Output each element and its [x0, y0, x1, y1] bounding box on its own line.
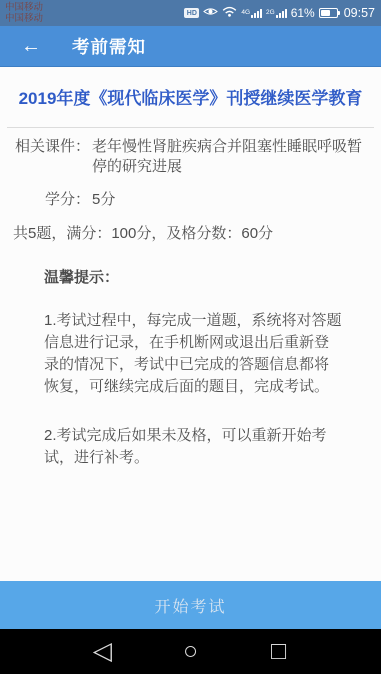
hd-volte-icon: HD [184, 8, 199, 18]
tip-2: 2.考试完成后如果未及格，可以重新开始考试，进行补考。 [44, 425, 343, 469]
back-arrow-icon[interactable]: ← [21, 36, 41, 56]
carrier-labels: 中国移动 中国移动 [5, 2, 43, 24]
tips-section: 温馨提示： 1.考试过程中，每完成一道题，系统将对答题信息进行记录，在手机断网或… [0, 266, 381, 469]
carrier-name-sim2: 中国移动 [5, 13, 43, 24]
course-title: 2019年度《现代临床医学》刊授继续医学教育 [0, 67, 381, 127]
divider [7, 127, 374, 128]
nav-home-icon[interactable]: ○ [178, 639, 204, 664]
page-title: 考前需知 [72, 34, 146, 59]
credits-label: 学分： [12, 190, 90, 210]
tips-title: 温馨提示： [44, 266, 343, 287]
status-bar: 中国移动 中国移动 HD 4G [0, 0, 381, 26]
signal-sim2-icon: 2G [266, 9, 287, 18]
info-row-credits: 学分： 5分 [12, 190, 368, 210]
info-row-courseware: 相关课件： 老年慢性肾脏疾病合并阻塞性睡眠呼吸暂停的研究进展 [12, 137, 368, 177]
nav-recents-icon[interactable]: □ [266, 639, 292, 664]
android-nav-bar: ◁ ○ □ [0, 629, 381, 674]
battery-icon [319, 8, 340, 18]
start-exam-button[interactable]: 开始考试 [0, 581, 381, 629]
phone-screen: 中国移动 中国移动 HD 4G [0, 0, 381, 674]
app-bar: ← 考前需知 [0, 26, 381, 67]
signal-sim1-icon: 4G [241, 9, 262, 18]
network-type-sim1: 4G [241, 9, 250, 16]
nav-back-icon[interactable]: ◁ [90, 639, 116, 664]
signal-bars-sim1 [251, 9, 262, 18]
status-clock: 09:57 [344, 6, 375, 20]
tip-1: 1.考试过程中，每完成一道题，系统将对答题信息进行记录，在手机断网或退出后重新登… [44, 310, 343, 398]
network-type-sim2: 2G [266, 9, 275, 16]
signal-bars-sim2 [276, 9, 287, 18]
exam-summary: 共5题，满分：100分，及格分数：60分 [13, 224, 369, 244]
battery-percent-label: 61% [291, 6, 315, 20]
exam-notice-content: 2019年度《现代临床医学》刊授继续医学教育 相关课件： 老年慢性肾脏疾病合并阻… [0, 67, 381, 581]
courseware-label: 相关课件： [12, 137, 90, 177]
courseware-value: 老年慢性肾脏疾病合并阻塞性睡眠呼吸暂停的研究进展 [90, 137, 368, 177]
credits-value: 5分 [90, 190, 368, 210]
eye-comfort-icon [203, 4, 218, 22]
wifi-icon [222, 4, 237, 22]
course-info: 相关课件： 老年慢性肾脏疾病合并阻塞性睡眠呼吸暂停的研究进展 学分： 5分 [0, 137, 381, 210]
status-icons: HD 4G 2G 61% [184, 4, 375, 22]
carrier-name-sim1: 中国移动 [5, 2, 43, 13]
